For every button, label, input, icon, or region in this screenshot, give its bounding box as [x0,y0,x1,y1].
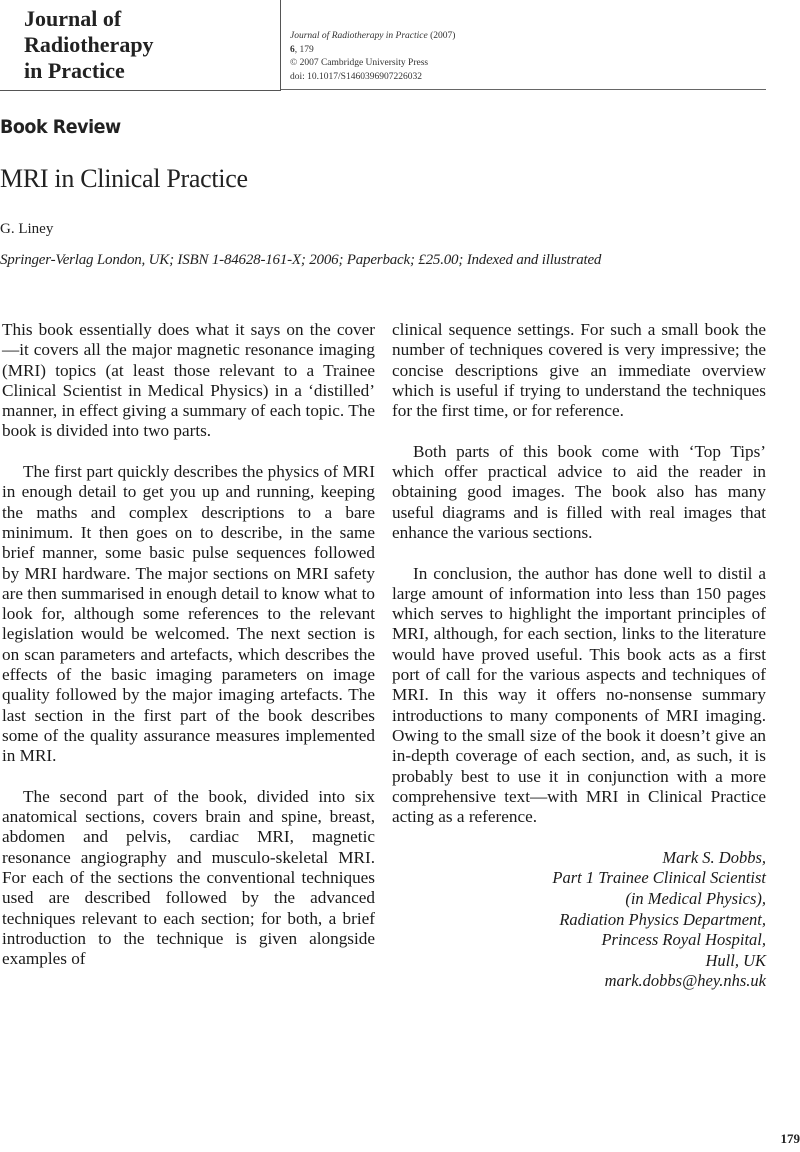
book-title: MRI in Clinical Practice [0,164,248,194]
citation-journal: Journal of Radiotherapy in Practice [290,31,428,41]
body-paragraph: The second part of the book, divided int… [2,787,375,970]
header-divider [281,89,766,90]
reviewer-location: Hull, UK [392,951,766,972]
body-paragraph: Both parts of this book come with ‘Top T… [392,442,766,543]
section-label: Book Review [0,116,121,138]
citation-volume-line: 6, 179 [290,44,455,58]
page-number: 179 [781,1131,800,1147]
body-paragraph: clinical sequence settings. For such a s… [392,320,766,421]
reviewer-name: Mark S. Dobbs, [392,848,766,869]
reviewer-hospital: Princess Royal Hospital, [392,930,766,951]
left-column: This book essentially does what it says … [2,320,375,990]
body-paragraph: In conclusion, the author has done well … [392,564,766,828]
citation-page: , 179 [295,45,314,55]
reviewer-email[interactable]: mark.dobbs@hey.nhs.uk [392,971,766,992]
journal-title-line: in Practice [24,58,154,84]
reviewer-role: Part 1 Trainee Clinical Scientist [392,868,766,889]
journal-title-line: Journal of [24,6,154,32]
body-paragraph: The first part quickly describes the phy… [2,462,375,766]
reviewer-signature: Mark S. Dobbs, Part 1 Trainee Clinical S… [392,848,766,992]
citation-block: Journal of Radiotherapy in Practice (200… [290,30,455,84]
citation-copyright: © 2007 Cambridge University Press [290,57,455,71]
journal-title: Journal of Radiotherapy in Practice [24,6,154,84]
right-column: clinical sequence settings. For such a s… [392,320,766,992]
journal-masthead: Journal of Radiotherapy in Practice [0,0,281,91]
journal-title-line: Radiotherapy [24,32,154,58]
book-publication-details: Springer-Verlag London, UK; ISBN 1-84628… [0,252,601,269]
reviewer-department: Radiation Physics Department, [392,910,766,931]
book-author: G. Liney [0,221,53,238]
citation-year: (2007) [428,31,456,41]
reviewer-role-detail: (in Medical Physics), [392,889,766,910]
citation-journal-line: Journal of Radiotherapy in Practice (200… [290,30,455,44]
body-paragraph: This book essentially does what it says … [2,320,375,442]
citation-doi[interactable]: doi: 10.1017/S1460396907226032 [290,71,455,85]
